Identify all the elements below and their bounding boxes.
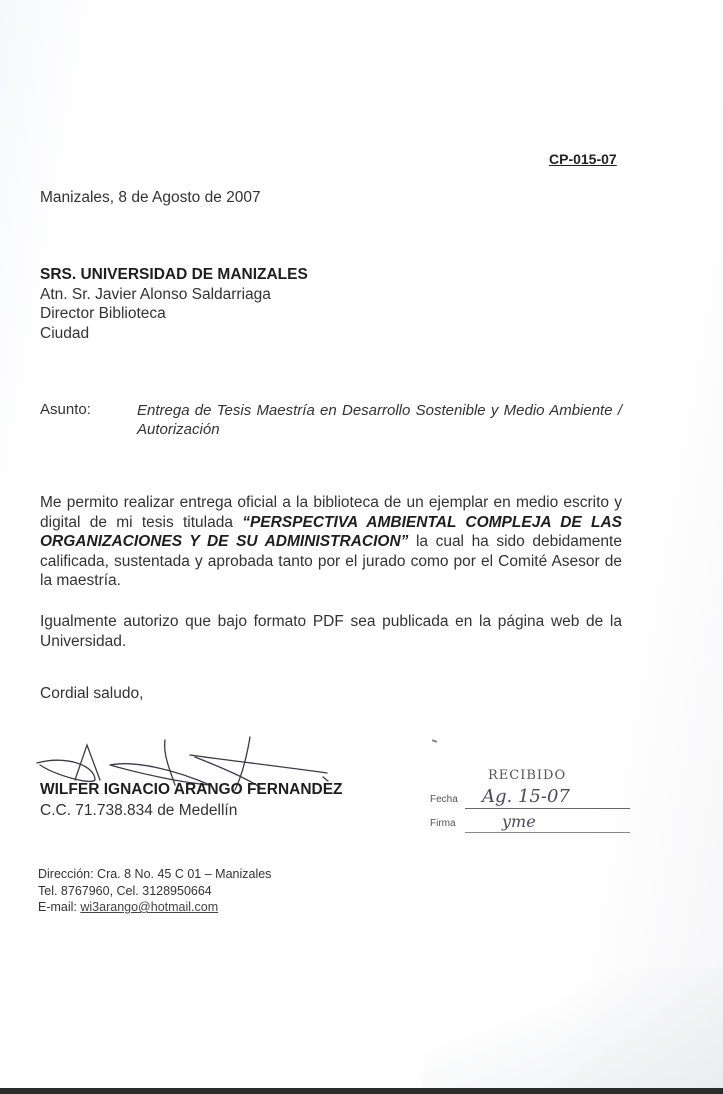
- reference-code: CP-015-07: [549, 151, 617, 167]
- body-paragraph-1: Me permito realizar entrega oficial a la…: [40, 493, 622, 591]
- footer-phones: Tel. 8767960, Cel. 3128950664: [38, 883, 271, 900]
- recipient-block: SRS. UNIVERSIDAD DE MANIZALES Atn. Sr. J…: [40, 265, 308, 343]
- footer-email-link[interactable]: wi3arango@hotmail.com: [80, 900, 218, 914]
- subject-text: Entrega de Tesis Maestría en Desarrollo …: [137, 401, 622, 439]
- scanned-letter-page: CP-015-07 Manizales, 8 de Agosto de 2007…: [0, 0, 723, 1094]
- closing: Cordial saludo,: [40, 685, 143, 703]
- footer-contact: Dirección: Cra. 8 No. 45 C 01 – Manizale…: [38, 866, 271, 916]
- signer-name: WILFER IGNACIO ARANGO FERNANDEZ: [40, 781, 343, 799]
- subject-label: Asunto:: [40, 401, 91, 418]
- recipient-position: Director Biblioteca: [40, 304, 308, 324]
- footer-email-label: E-mail:: [38, 900, 80, 914]
- signer-id: C.C. 71.738.834 de Medellín: [40, 802, 237, 820]
- received-stamp: RECIBIDO Fecha Ag. 15-07 Firma yme: [420, 760, 650, 860]
- recipient-city: Ciudad: [40, 324, 308, 344]
- scan-bottom-edge: [0, 1088, 723, 1094]
- stamp-date-label: Fecha: [430, 794, 458, 805]
- recipient-attention: Atn. Sr. Javier Alonso Saldarriaga: [40, 285, 308, 305]
- footer-email-line: E-mail: wi3arango@hotmail.com: [38, 899, 271, 916]
- stamp-title: RECIBIDO: [488, 768, 566, 783]
- body-paragraph-2: Igualmente autorizo que bajo formato PDF…: [40, 612, 622, 651]
- date-line: Manizales, 8 de Agosto de 2007: [40, 189, 261, 207]
- stamp-signature-value: yme: [502, 812, 536, 831]
- scan-shadow: [423, 968, 723, 1088]
- recipient-organization: SRS. UNIVERSIDAD DE MANIZALES: [40, 265, 308, 285]
- scan-speck: [432, 739, 437, 743]
- footer-address: Dirección: Cra. 8 No. 45 C 01 – Manizale…: [38, 866, 271, 883]
- stamp-date-line: [465, 808, 630, 809]
- stamp-date-value: Ag. 15-07: [482, 786, 570, 807]
- stamp-signature-label: Firma: [430, 818, 456, 829]
- stamp-signature-line: [465, 832, 630, 833]
